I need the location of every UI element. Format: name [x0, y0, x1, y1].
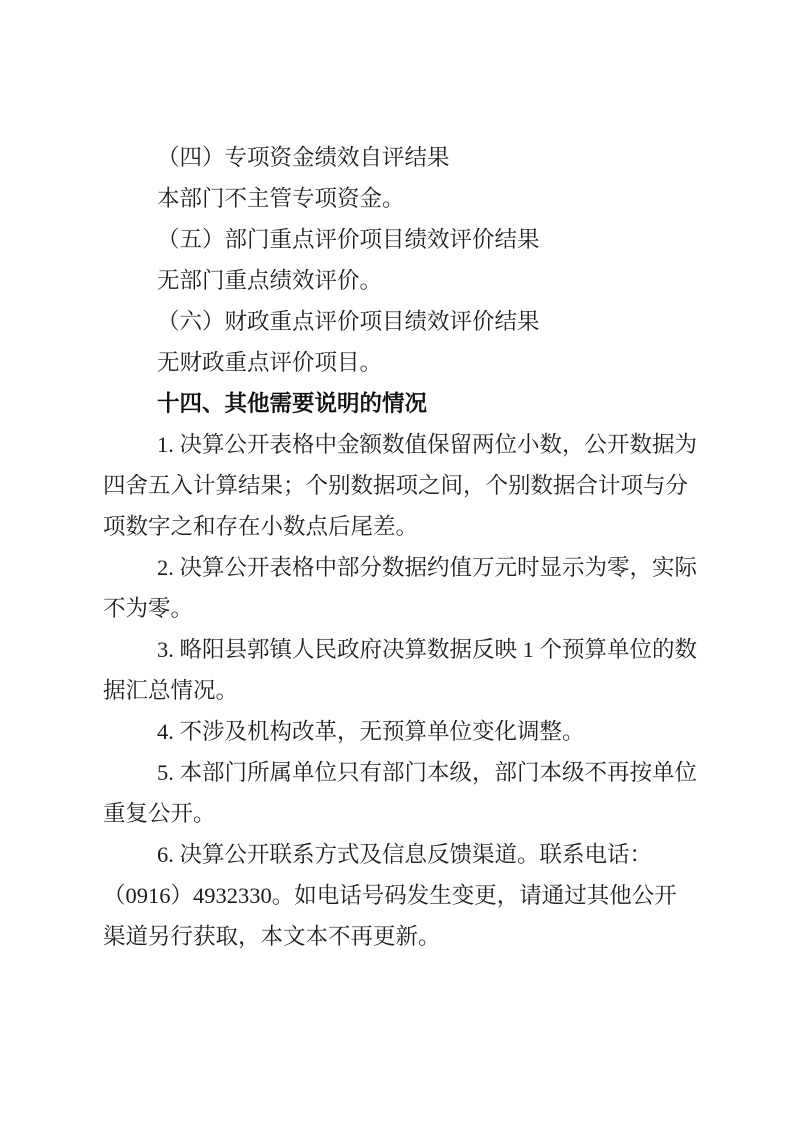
note-1: 1. 决算公开表格中金额数值保留两位小数，公开数据为四舍五入计算结果；个别数据项… — [103, 424, 693, 547]
text-line: 无部门重点绩效评价。 — [103, 260, 693, 301]
text-line: 项数字之和存在小数点后尾差。 — [103, 506, 693, 547]
subsection-4-body: 本部门不主管专项资金。 — [103, 178, 693, 219]
subsection-5-body: 无部门重点绩效评价。 — [103, 260, 693, 301]
document-page: （四）专项资金绩效自评结果本部门不主管专项资金。（五）部门重点评价项目绩效评价结… — [0, 0, 793, 1122]
note-4: 4. 不涉及机构改革，无预算单位变化调整。 — [103, 711, 693, 752]
text-line: 重复公开。 — [103, 793, 693, 834]
subsection-5-title: （五）部门重点评价项目绩效评价结果 — [103, 219, 693, 260]
text-line: 5. 本部门所属单位只有部门本级，部门本级不再按单位 — [103, 752, 693, 793]
section-14-heading: 十四、其他需要说明的情况 — [103, 383, 693, 424]
text-line: 渠道另行获取，本文本不再更新。 — [103, 916, 693, 957]
text-line: 1. 决算公开表格中金额数值保留两位小数，公开数据为 — [103, 424, 693, 465]
text-line: 4. 不涉及机构改革，无预算单位变化调整。 — [103, 711, 693, 752]
text-line: 不为零。 — [103, 588, 693, 629]
note-6: 6. 决算公开联系方式及信息反馈渠道。联系电话：（0916）4932330。如电… — [103, 834, 693, 957]
text-line: 四舍五入计算结果；个别数据项之间，个别数据合计项与分 — [103, 465, 693, 506]
text-line: 2. 决算公开表格中部分数据约值万元时显示为零，实际 — [103, 547, 693, 588]
text-line: （六）财政重点评价项目绩效评价结果 — [103, 301, 693, 342]
text-line: （四）专项资金绩效自评结果 — [103, 137, 693, 178]
text-line: （五）部门重点评价项目绩效评价结果 — [103, 219, 693, 260]
text-line: （0916）4932330。如电话号码发生变更，请通过其他公开 — [103, 875, 693, 916]
subsection-4-title: （四）专项资金绩效自评结果 — [103, 137, 693, 178]
text-line: 3. 略阳县郭镇人民政府决算数据反映 1 个预算单位的数 — [103, 629, 693, 670]
text-line: 本部门不主管专项资金。 — [103, 178, 693, 219]
note-5: 5. 本部门所属单位只有部门本级，部门本级不再按单位重复公开。 — [103, 752, 693, 834]
text-line: 无财政重点评价项目。 — [103, 342, 693, 383]
subsection-6-title: （六）财政重点评价项目绩效评价结果 — [103, 301, 693, 342]
subsection-6-body: 无财政重点评价项目。 — [103, 342, 693, 383]
text-line: 据汇总情况。 — [103, 670, 693, 711]
note-3: 3. 略阳县郭镇人民政府决算数据反映 1 个预算单位的数据汇总情况。 — [103, 629, 693, 711]
note-2: 2. 决算公开表格中部分数据约值万元时显示为零，实际不为零。 — [103, 547, 693, 629]
text-line: 6. 决算公开联系方式及信息反馈渠道。联系电话： — [103, 834, 693, 875]
text-line: 十四、其他需要说明的情况 — [103, 383, 693, 424]
